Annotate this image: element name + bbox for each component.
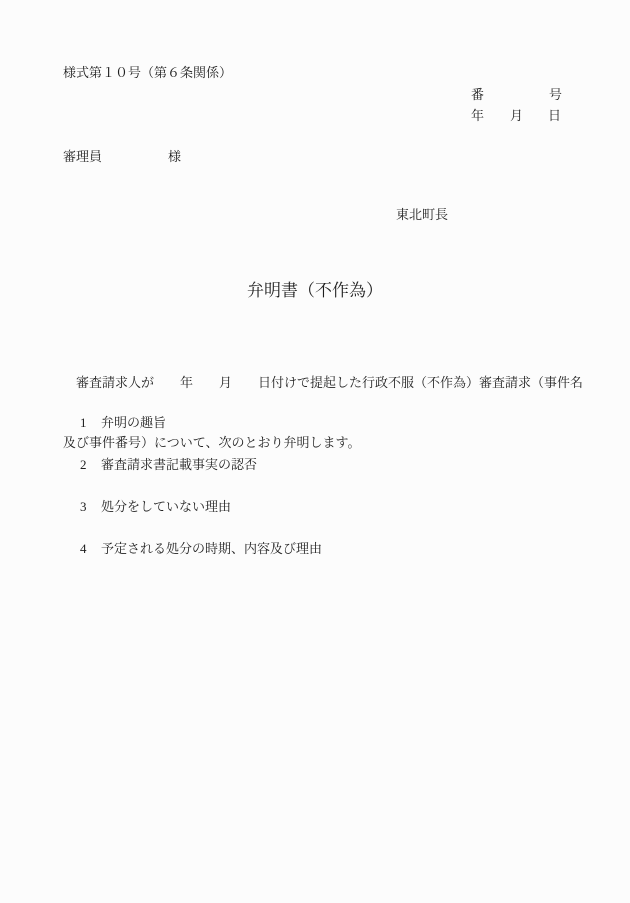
item-number: 4 — [80, 542, 101, 555]
item-label: 処分をしていない理由 — [101, 499, 231, 514]
addressee-honorific: 様 — [168, 150, 181, 163]
item-number: 1 — [80, 416, 101, 429]
addressee-name: 審理員 — [63, 150, 102, 163]
sender-name: 東北町長 — [396, 208, 448, 221]
body-paragraph-line-1: 審査請求人が 年 月 日付けで提起した行政不服（不作為）審査請求（事件名 — [63, 373, 583, 393]
item-number: 3 — [80, 500, 101, 513]
date-month-label: 月 — [510, 109, 523, 122]
item-number: 2 — [80, 458, 101, 471]
document-number-suffix: 号 — [549, 88, 562, 101]
list-item: 1弁明の趣旨 — [67, 403, 166, 442]
list-item: 2審査請求書記載事実の認否 — [67, 445, 257, 484]
item-label: 弁明の趣旨 — [101, 415, 166, 430]
document-page: 様式第１０号（第６条関係） 番 号 年 月 日 審理員 様 東北町長 弁明書（不… — [0, 0, 630, 903]
item-label: 予定される処分の時期、内容及び理由 — [101, 541, 322, 556]
form-number: 様式第１０号（第６条関係） — [63, 66, 232, 79]
date-day-label: 日 — [548, 109, 561, 122]
document-title: 弁明書（不作為） — [0, 282, 630, 299]
list-item: 4予定される処分の時期、内容及び理由 — [67, 529, 322, 568]
list-item: 3処分をしていない理由 — [67, 487, 231, 526]
item-label: 審査請求書記載事実の認否 — [101, 457, 257, 472]
document-number-label: 番 — [471, 88, 484, 101]
date-year-label: 年 — [471, 109, 484, 122]
